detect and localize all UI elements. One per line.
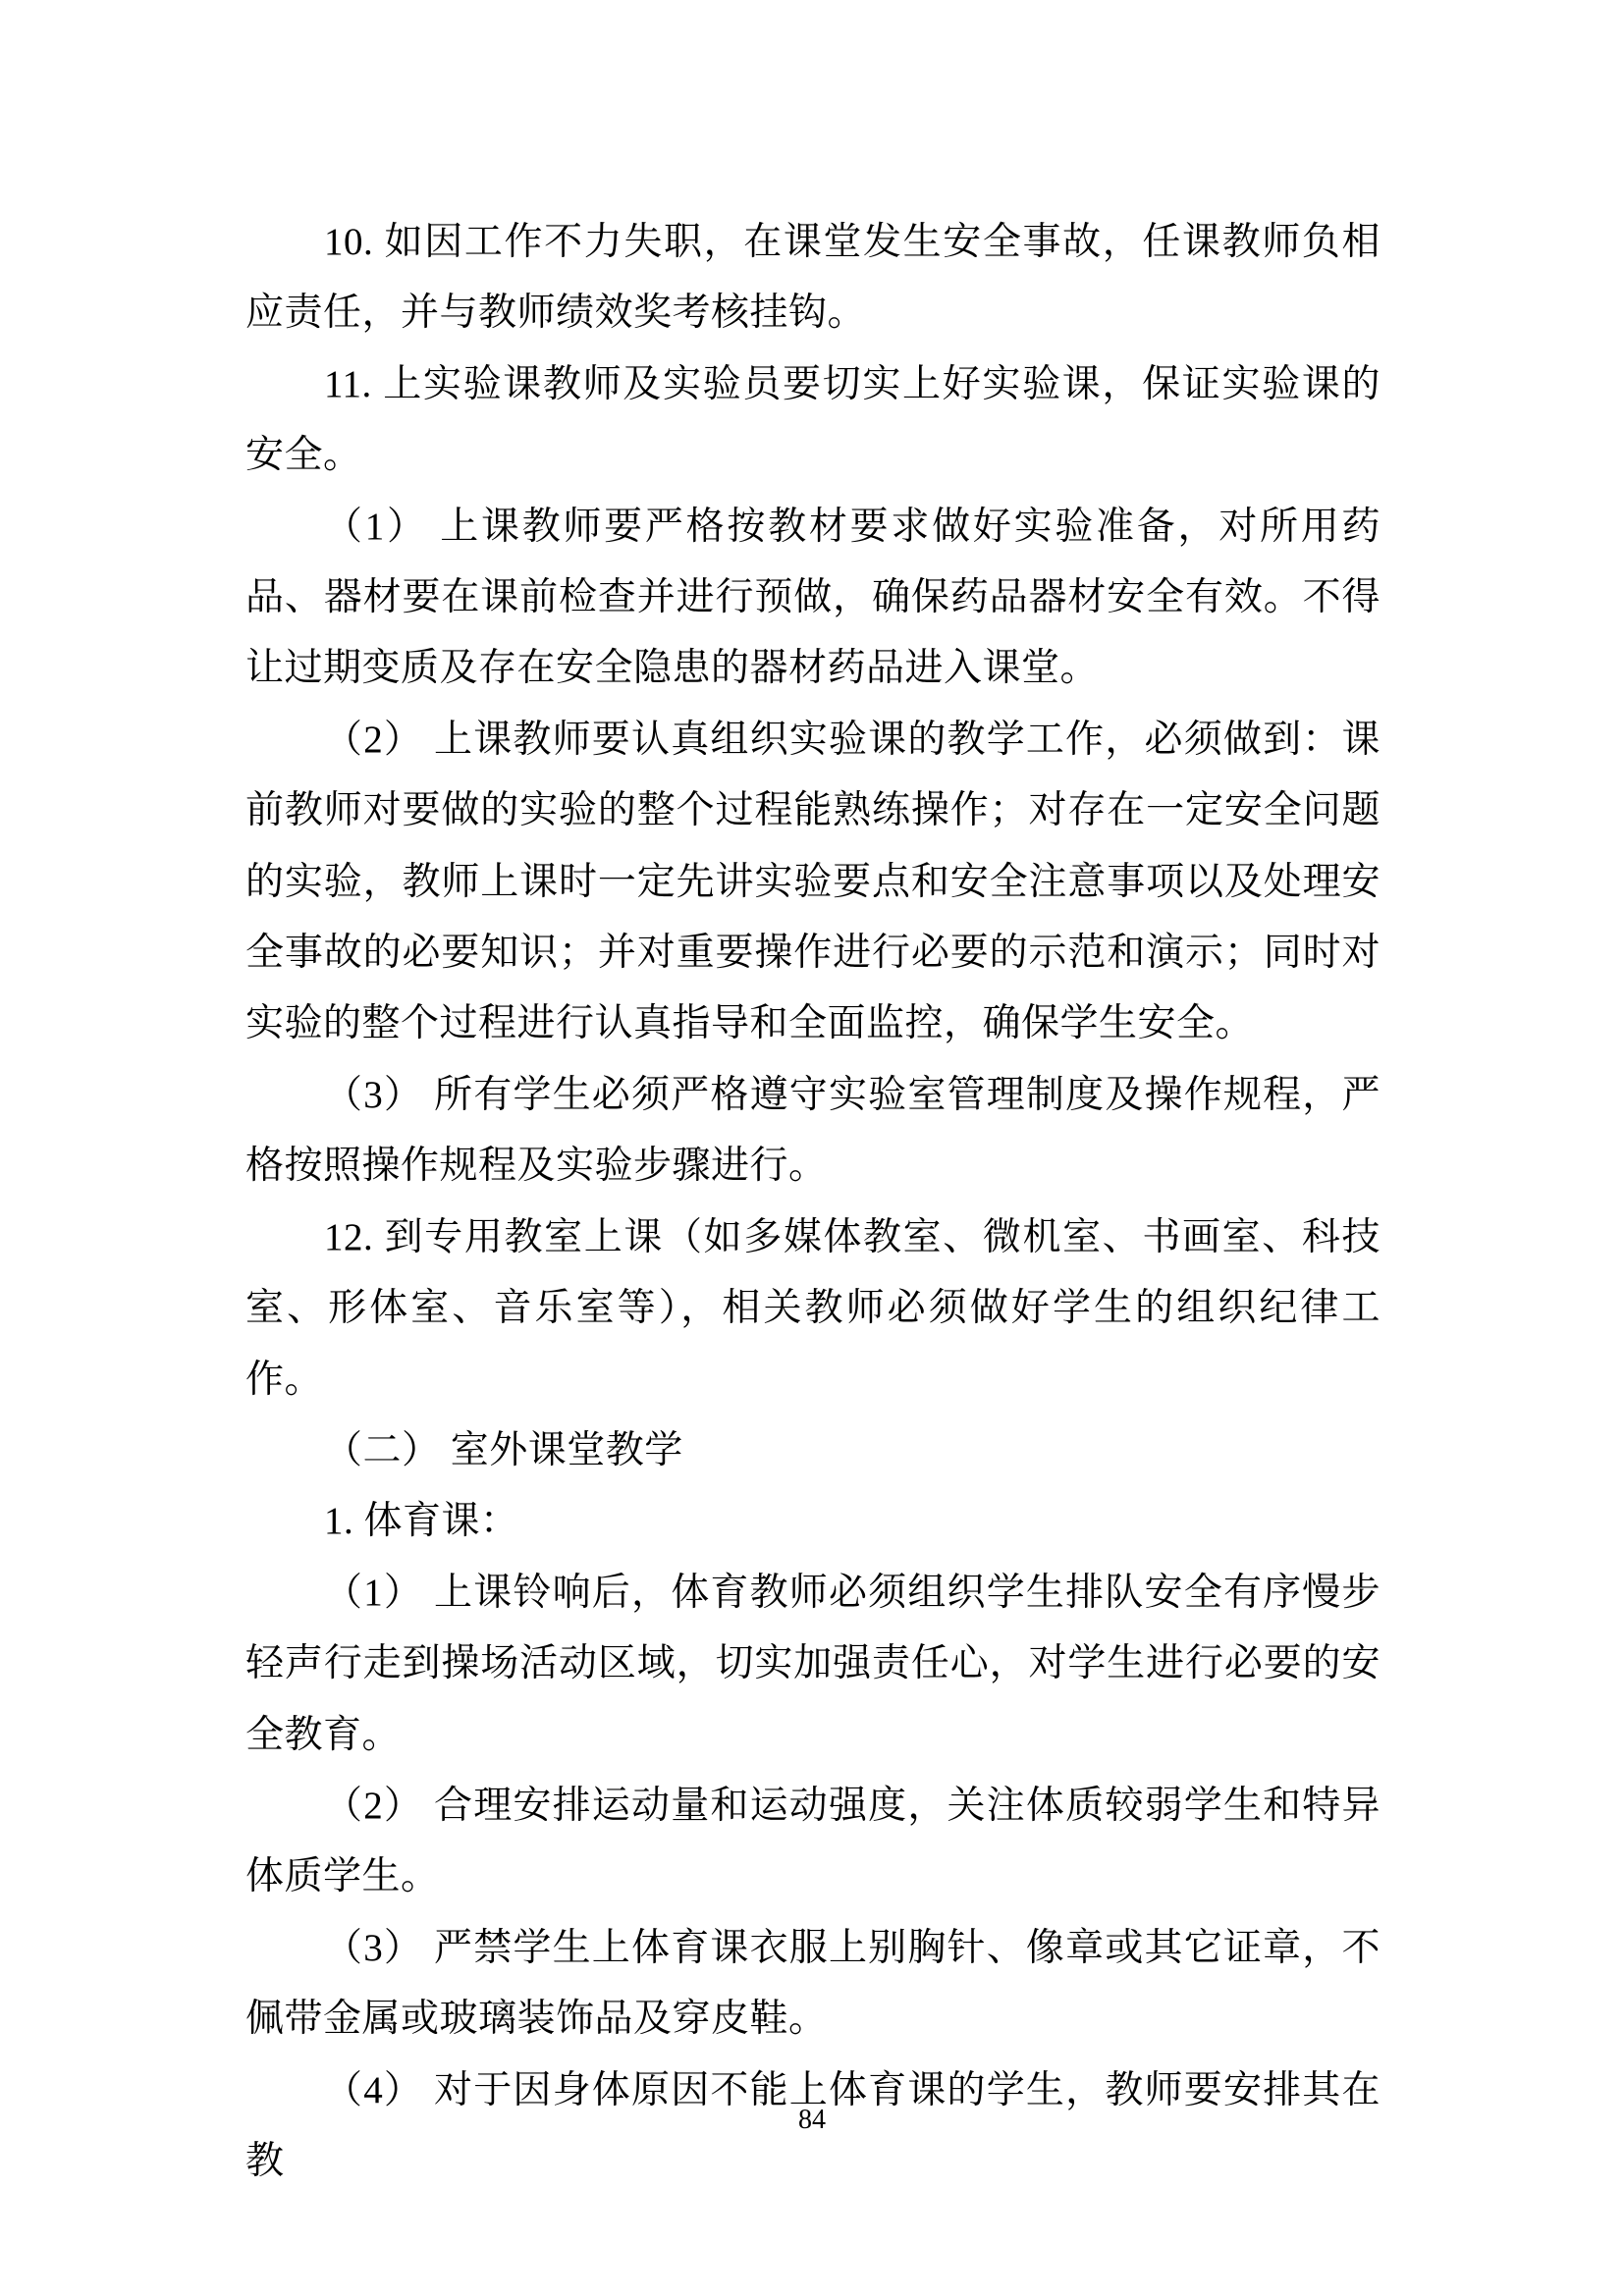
paragraph-clause-2: （2） 上课教师要认真组织实验课的教学工作，必须做到：课前教师对要做的实验的整个… xyxy=(245,705,1380,1060)
paragraph-item-11: 11. 上实验课教师及实验员要切实上好实验课，保证实验课的安全。 xyxy=(245,349,1380,492)
page-number: 84 xyxy=(798,2105,826,2135)
paragraph-pe-clause-1: （1） 上课铃响后，体育教师必须组织学生排队安全有序慢步轻声行走到操场活动区域，… xyxy=(245,1558,1380,1771)
paragraph-item-10: 10. 如因工作不力失职，在课堂发生安全事故，任课教师负相应责任，并与教师绩效奖… xyxy=(245,207,1380,349)
paragraph-pe-clause-2: （2） 合理安排运动量和运动强度，关注体质较弱学生和特异体质学生。 xyxy=(245,1771,1380,1913)
paragraph-clause-3: （3） 所有学生必须严格遵守实验室管理制度及操作规程，严格按照操作规程及实验步骤… xyxy=(245,1060,1380,1202)
paragraph-clause-1: （1） 上课教师要严格按教材要求做好实验准备，对所用药品、器材要在课前检查并进行… xyxy=(245,492,1380,705)
page-footer: 84 xyxy=(0,2103,1624,2138)
document-body: 10. 如因工作不力失职，在课堂发生安全事故，任课教师负相应责任，并与教师绩效奖… xyxy=(245,207,1380,2197)
paragraph-section-heading: （二） 室外课堂教学 xyxy=(245,1415,1380,1486)
document-page: 10. 如因工作不力失职，在课堂发生安全事故，任课教师负相应责任，并与教师绩效奖… xyxy=(0,0,1624,2296)
paragraph-pe-clause-3: （3） 严禁学生上体育课衣服上别胸针、像章或其它证章，不佩带金属或玻璃装饰品及穿… xyxy=(245,1913,1380,2056)
paragraph-subsection-pe: 1. 体育课： xyxy=(245,1486,1380,1557)
paragraph-item-12: 12. 到专用教室上课（如多媒体教室、微机室、书画室、科技室、形体室、音乐室等）… xyxy=(245,1202,1380,1415)
